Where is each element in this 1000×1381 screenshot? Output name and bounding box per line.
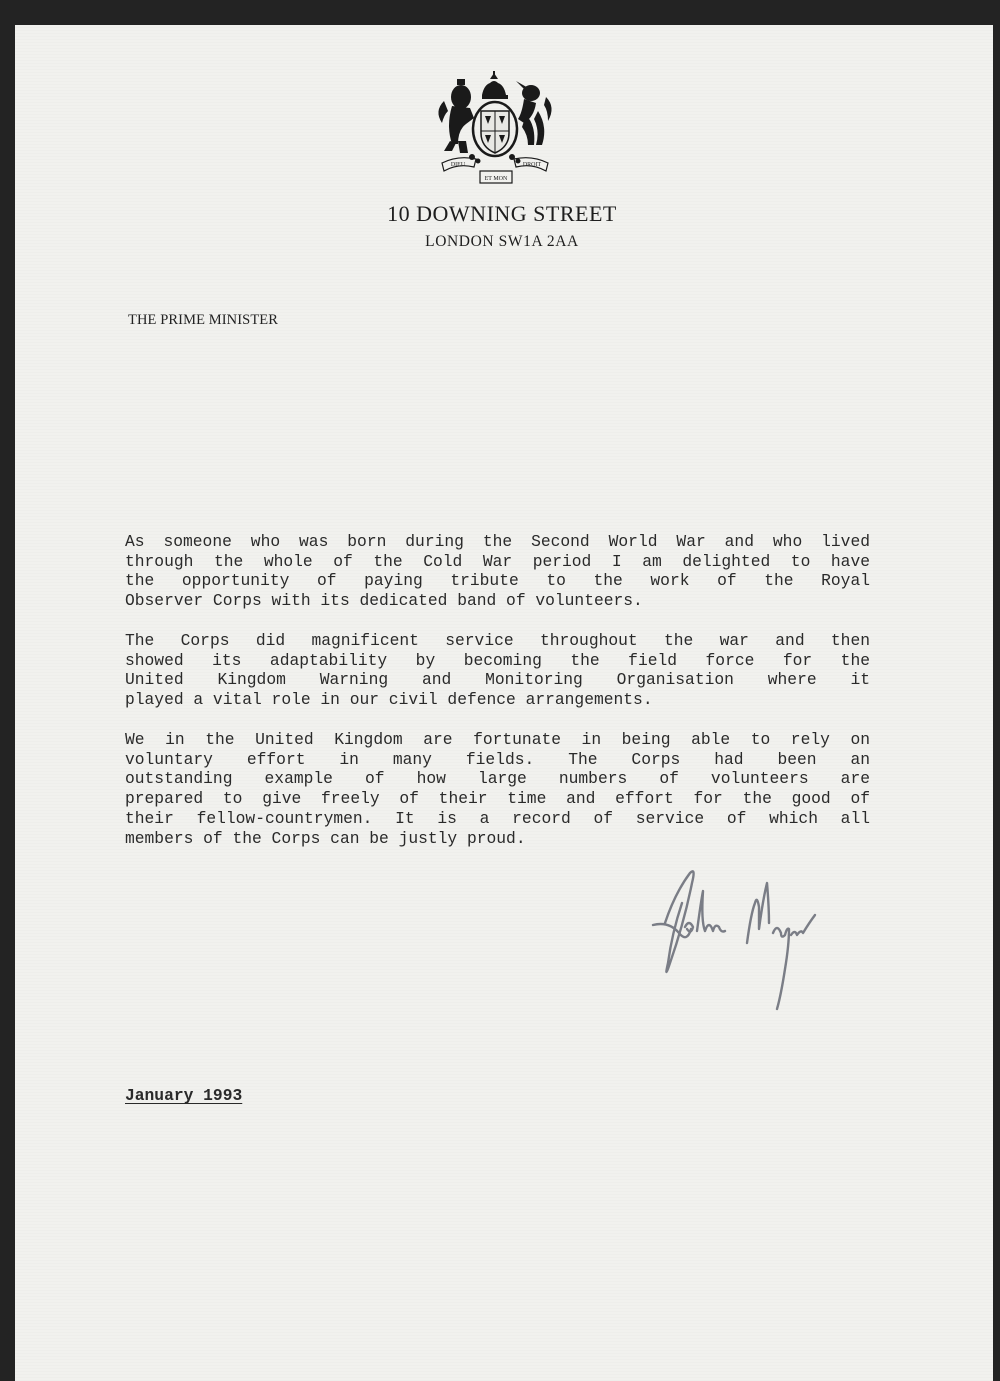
royal-coat-of-arms-icon: DIEU ET MON DROIT [428,71,570,186]
paragraph-line: members of the Corps can be justly proud… [125,829,870,849]
paragraph-line: voluntary effort in many fields. The Cor… [125,750,870,770]
letter-paragraph-2: The Corps did magnificent service throug… [125,631,870,710]
paragraph-line: The Corps did magnificent service throug… [125,631,870,651]
paragraph-line: As someone who was born during the Secon… [125,532,870,552]
letter-paragraph-3: We in the United Kingdom are fortunate i… [125,730,870,848]
paragraph-line: the opportunity of paying tribute to the… [125,571,870,591]
paragraph-line: We in the United Kingdom are fortunate i… [125,730,870,750]
paragraph-line: Observer Corps with its dedicated band o… [125,591,870,611]
paragraph-line: through the whole of the Cold War period… [125,552,870,572]
sender-title: THE PRIME MINISTER [128,312,278,329]
paragraph-line: prepared to give freely of their time an… [125,789,870,809]
paragraph-line: their fellow-countrymen. It is a record … [125,809,870,829]
svg-text:DIEU: DIEU [451,162,466,168]
handwritten-signature-icon: John Major [635,855,855,1015]
paragraph-line: showed its adaptability by becoming the … [125,651,870,671]
svg-text:DROIT: DROIT [523,162,542,168]
paragraph-line: United Kingdom Warning and Monitoring Or… [125,670,870,690]
letter-date: January 1993 [125,1086,242,1105]
address-street: 10 DOWNING STREET [352,201,652,227]
paragraph-line: played a vital role in our civil defence… [125,690,870,710]
letter-paragraph-1: As someone who was born during the Secon… [125,532,870,611]
address-city-postcode: LONDON SW1A 2AA [352,233,652,251]
svg-text:ET MON: ET MON [485,176,508,182]
paragraph-line: outstanding example of how large numbers… [125,769,870,789]
